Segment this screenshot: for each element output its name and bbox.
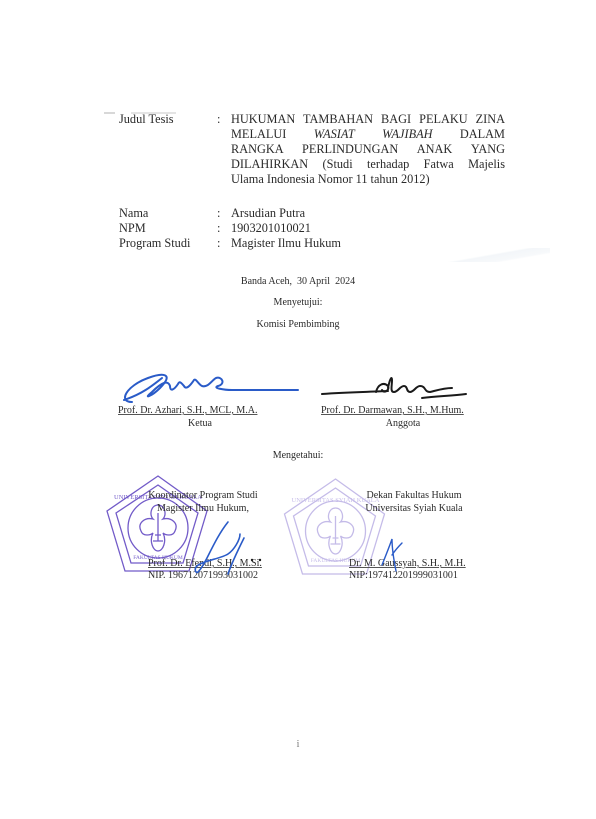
program-label: Program Studi [119,236,190,251]
colon: : [217,112,220,127]
signature-azhari [112,366,302,408]
thesis-title: HUKUMAN TAMBAHAN BAGI PELAKU ZINAMELALUI… [231,112,505,187]
official-1-subtitle: Magister Ilmu Hukum, [141,503,265,515]
supervisor-2-name: Prof. Dr. Darmawan, S.H., M.Hum. [321,405,464,417]
page-number: i [0,739,596,751]
supervisor-1-name: Prof. Dr. Azhari, S.H., MCL, M.A. [118,405,257,417]
npm-label: NPM [119,221,146,236]
signature-darmawan [318,374,478,404]
colon: : [217,236,220,251]
approved-heading: Menyetujui: [0,297,596,309]
thesis-title-line: MELALUI WASIAT WAJIBAH DALAM [231,127,505,142]
thesis-title-line: DILAHIRKAN (Studi terhadap Fatwa Majelis [231,157,505,172]
official-2-title: Dekan Fakultas Hukum [348,490,480,502]
name-label: Nama [119,206,148,221]
student-npm: 1903201010021 [231,221,311,236]
thesis-title-label: Judul Tesis [119,112,174,127]
signature-efendi [178,518,268,580]
thesis-title-line: Ulama Indonesia Nomor 11 tahun 2012) [231,172,505,187]
acknowledged-heading: Mengetahui: [0,450,596,462]
place-date: Banda Aceh, 30 April 2024 [0,276,596,288]
student-name: Arsudian Putra [231,206,305,221]
colon: : [217,206,220,221]
scan-artifact [440,248,550,262]
study-program: Magister Ilmu Hukum [231,236,341,251]
official-1-title: Koordinator Program Studi [141,490,265,502]
official-2-subtitle: Universitas Syiah Kuala [348,503,480,515]
signature-gaussyah [378,535,408,575]
supervisor-2-role: Anggota [321,418,485,430]
committee-heading: Komisi Pembimbing [0,319,596,331]
supervisor-1-role: Ketua [118,418,282,430]
colon: : [217,221,220,236]
thesis-title-line: HUKUMAN TAMBAHAN BAGI PELAKU ZINA [231,112,505,127]
thesis-title-line: RANGKA PERLINDUNGAN ANAK YANG [231,142,505,157]
